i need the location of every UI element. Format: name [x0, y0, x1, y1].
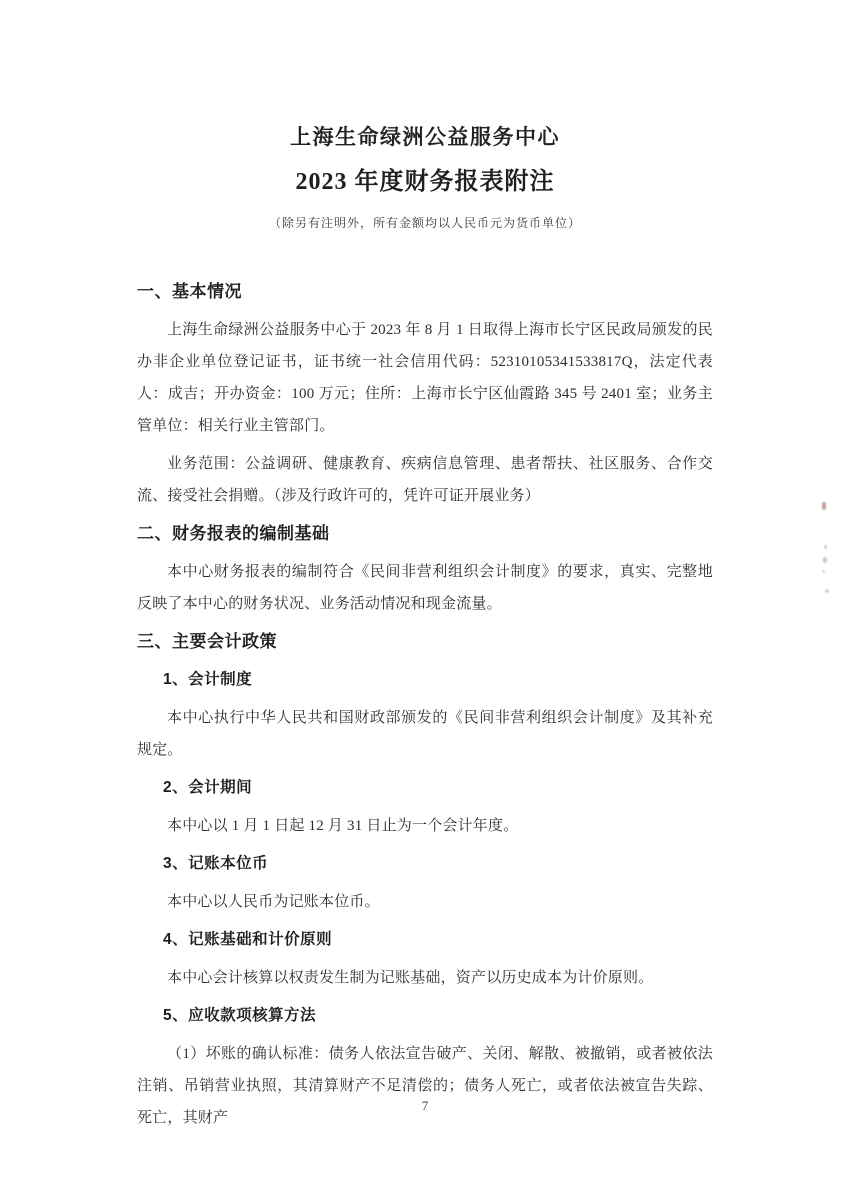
paragraph-accounting-basis: 本中心会计核算以权责发生制为记账基础，资产以历史成本为计价原则。 [137, 962, 713, 994]
subsection-title-accounting-basis: 4、记账基础和计价原则 [137, 924, 713, 956]
currency-unit-note: （除另有注明外，所有金额均以人民币元为货币单位） [137, 214, 713, 232]
org-name-title: 上海生命绿洲公益服务中心 [137, 122, 713, 152]
page-number: 7 [137, 1096, 713, 1116]
paragraph-preparation-basis: 本中心财务报表的编制符合《民间非营利组织会计制度》的要求，真实、完整地反映了本中… [137, 556, 713, 620]
paragraph-registration-info: 上海生命绿洲公益服务中心于 2023 年 8 月 1 日取得上海市长宁区民政局颁… [137, 314, 713, 442]
paragraph-accounting-system: 本中心执行中华人民共和国财政部颁发的《民间非营利组织会计制度》及其补充规定。 [137, 702, 713, 766]
paragraph-functional-currency: 本中心以人民币为记账本位币。 [137, 886, 713, 918]
paragraph-business-scope: 业务范围：公益调研、健康教育、疾病信息管理、患者帮扶、社区服务、合作交流、接受社… [137, 448, 713, 512]
bleed-mark [824, 545, 827, 549]
subsection-title-accounting-period: 2、会计期间 [137, 772, 713, 804]
document-page: 上海生命绿洲公益服务中心 2023 年度财务报表附注 （除另有注明外，所有金额均… [0, 0, 844, 1200]
bleed-mark [825, 589, 829, 593]
bleed-mark [822, 502, 826, 510]
paragraph-bad-debt-criteria: （1）坏账的确认标准：债务人依法宣告破产、关闭、解散、被撤销，或者被依法注销、吊… [137, 1038, 713, 1134]
bleed-mark [823, 557, 827, 563]
document-content: 上海生命绿洲公益服务中心 2023 年度财务报表附注 （除另有注明外，所有金额均… [137, 122, 713, 1134]
section-heading-preparation-basis: 二、财务报表的编制基础 [137, 518, 713, 550]
doc-title: 2023 年度财务报表附注 [137, 164, 713, 200]
section-heading-accounting-policies: 三、主要会计政策 [137, 626, 713, 658]
subsection-title-accounting-system: 1、会计制度 [137, 664, 713, 696]
bleed-mark [822, 570, 825, 573]
paragraph-accounting-period: 本中心以 1 月 1 日起 12 月 31 日止为一个会计年度。 [137, 810, 713, 842]
subsection-title-functional-currency: 3、记账本位币 [137, 848, 713, 880]
subsection-title-receivables-method: 5、应收款项核算方法 [137, 1000, 713, 1032]
section-heading-basic-info: 一、基本情况 [137, 276, 713, 308]
